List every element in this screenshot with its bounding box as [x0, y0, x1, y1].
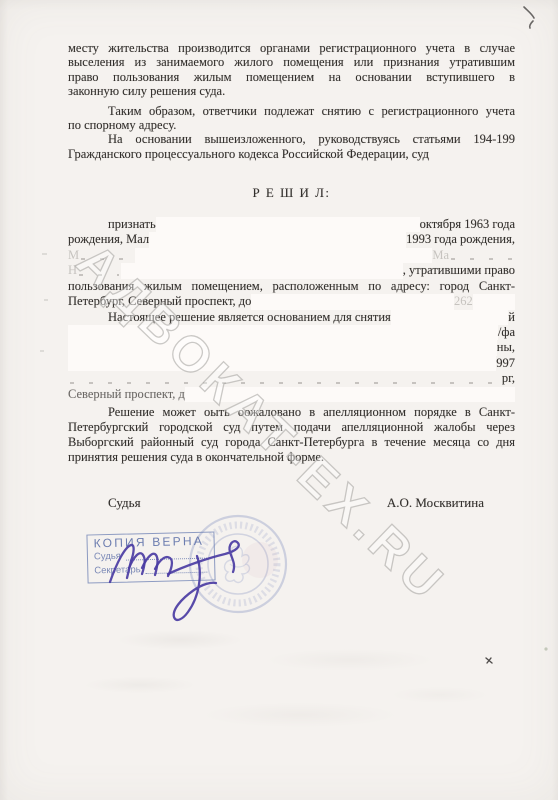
reverse-side-bleedthrough	[50, 605, 520, 770]
redaction-box	[68, 340, 497, 355]
text-line: пользования жилым помещением, расположен…	[68, 279, 515, 294]
judge-label: Судья	[108, 495, 141, 511]
stamp-judge-label: Судья	[94, 550, 121, 565]
stamp-fill-in-line	[146, 572, 208, 575]
faded-text-fragment: 262	[454, 294, 473, 309]
margin-smudge	[40, 350, 44, 352]
redaction-box	[391, 310, 509, 325]
text-line: рг,	[68, 371, 515, 386]
text-fragment: рождения, Мал	[68, 232, 149, 247]
signature-row: Судья А.О. Москвитина	[68, 495, 515, 511]
text-line: Петербургский городской суд путем подачи…	[68, 420, 515, 435]
text-line: по спорному адресу.	[68, 118, 515, 132]
resolution-paragraph-redacted: признать октября 1963 года рождения, Мал…	[68, 217, 515, 402]
stamp-secretary-row: Секретарь	[94, 562, 209, 579]
redaction-box	[68, 356, 496, 371]
text-line: Таким образом, ответчики подлежат снятию…	[68, 104, 515, 118]
margin-smudge	[42, 253, 47, 255]
resolution-heading: Р Е Ш И Л:	[68, 185, 515, 200]
redaction-box	[251, 294, 454, 309]
paragraph-appeal-rights: Решение может оыть оожаловано в апелляци…	[68, 405, 515, 465]
text-line: рождения, Мал 1993 года рождения,	[68, 232, 515, 247]
pen-mark-top-right	[524, 7, 534, 28]
text-fragment: 997	[496, 356, 515, 371]
margin-smudge	[44, 299, 48, 301]
text-fragment: 1993 года рождения,	[406, 232, 515, 247]
faded-text-trace	[81, 258, 133, 260]
text-line: законную силу решения суда.	[68, 84, 515, 98]
judge-name: А.О. Москвитина	[387, 495, 484, 511]
redaction-box	[149, 232, 406, 247]
faded-text-trace	[70, 382, 500, 384]
paragraph-conclusion: Таким образом, ответчики подлежат снятию…	[68, 104, 515, 133]
text-fragment: Северный проспект, д	[68, 387, 185, 402]
text-fragment: й	[508, 310, 515, 325]
text-line: Решение может оыть оожаловано в апелляци…	[68, 405, 515, 420]
text-line: Северный проспект, д	[68, 387, 515, 402]
faded-text-trace	[451, 258, 513, 260]
paragraph-registration-rules: месту жительства производится органами р…	[68, 41, 515, 98]
paragraph-legal-basis: На основании вышеизложенного, руководств…	[68, 132, 515, 161]
text-line: Гражданского процессуального кодекса Рос…	[68, 147, 515, 161]
redaction-box	[185, 387, 515, 402]
document-body: месту жительства производится органами р…	[68, 41, 515, 511]
faded-text-fragment: Ма	[432, 248, 449, 263]
text-fragment: , утратившими право	[403, 263, 515, 278]
text-line: признать октября 1963 года	[68, 217, 515, 232]
redaction-box	[121, 263, 403, 278]
scanned-court-decision-page: месту жительства производится органами р…	[0, 0, 558, 800]
text-line: право пользования жилым помещением на ос…	[68, 70, 515, 84]
text-line: принятия решения суда в окончательной фо…	[68, 450, 515, 465]
text-fragment: признать	[108, 217, 156, 232]
text-fragment: ны,	[497, 340, 515, 355]
text-line: На основании вышеизложенного, руководств…	[68, 132, 515, 146]
text-line: 997	[68, 356, 515, 371]
text-line: Петербург, Северный проспект, до 262	[68, 294, 515, 309]
redaction-box	[473, 294, 515, 309]
text-line: месту жительства производится органами р…	[68, 41, 515, 55]
redaction-box	[156, 217, 420, 232]
text-line: М Ма	[68, 248, 515, 263]
redaction-box	[68, 325, 498, 340]
redaction-box	[135, 248, 432, 263]
text-fragment: Петербург, Северный проспект, до	[68, 294, 251, 309]
text-fragment: /фа	[498, 325, 515, 340]
text-fragment: октября 1963 года	[420, 217, 515, 232]
copy-certified-stamp: КОПИЯ ВЕРНА Судья Секретарь	[86, 531, 215, 583]
text-fragment: рг,	[502, 371, 515, 386]
text-line: /фа	[68, 325, 515, 340]
faded-text-fragment: М	[68, 248, 79, 263]
text-line: Настоящее решение является основанием дл…	[68, 310, 515, 325]
text-line: ны,	[68, 340, 515, 355]
paper-speck	[544, 647, 547, 650]
text-line: Н , утратившими право	[68, 263, 515, 278]
text-line: Выборгский районный суд города Санкт-Пет…	[68, 435, 515, 450]
stamp-fill-in-line	[126, 558, 207, 561]
stamp-secretary-label: Секретарь	[94, 563, 141, 578]
text-line: выселения из занимаемого жилого помещени…	[68, 55, 515, 69]
faded-text-trace	[79, 274, 119, 276]
faded-text-fragment: Н	[68, 263, 77, 278]
text-fragment: Настоящее решение является основанием дл…	[108, 310, 391, 325]
